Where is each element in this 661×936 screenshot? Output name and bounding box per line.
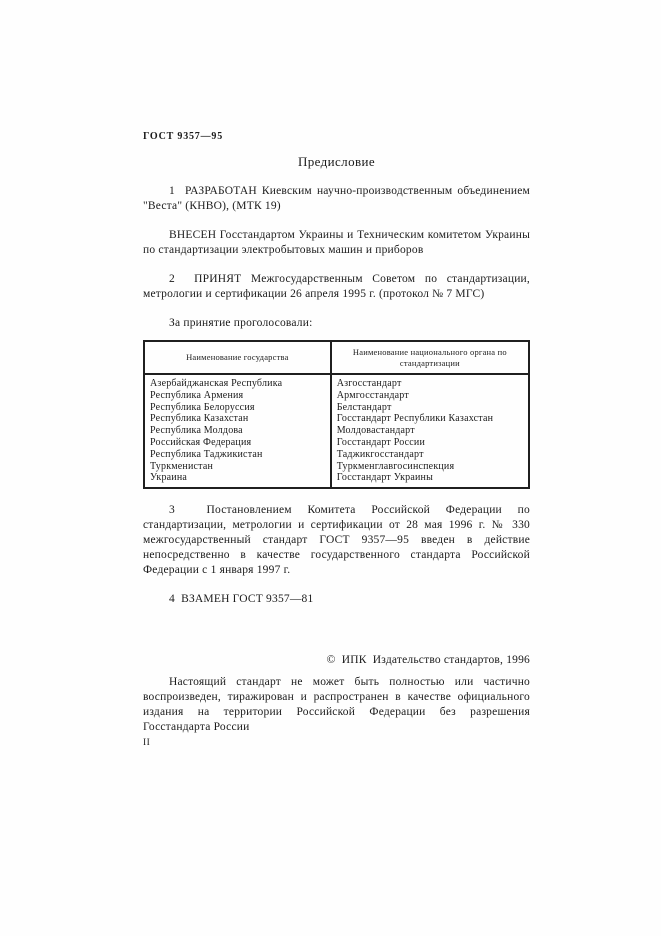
org-cell: Молдовастандарт [331,425,529,437]
table-row: Республика Молдова Молдовастандарт [144,425,529,437]
paragraph-replaces: 4 ВЗАМЕН ГОСТ 9357—81 [143,592,530,607]
column-header-state: Наименование государства [144,341,331,374]
state-cell: Азербайджанская Республика [144,374,331,390]
org-cell: Таджикгосстандарт [331,449,529,461]
state-cell: Туркменистан [144,461,331,473]
standard-designation: ГОСТ 9357—95 [143,131,530,142]
vote-table-header: Наименование государства Наименование на… [144,341,529,374]
table-row: Республика Армения Армгосстандарт [144,390,529,402]
table-row: Азербайджанская Республика Азгосстандарт [144,374,529,390]
state-cell: Республика Белоруссия [144,402,331,414]
paragraph-developed: 1 РАЗРАБОТАН Киевским научно-производств… [143,184,530,214]
vote-table: Наименование государства Наименование на… [143,340,530,489]
page-content: ГОСТ 9357—95 Предисловие 1 РАЗРАБОТАН Ки… [143,131,530,748]
state-cell: Республика Молдова [144,425,331,437]
table-row: Республика Белоруссия Белстандарт [144,402,529,414]
table-row: Республика Казахстан Госстандарт Республ… [144,413,529,425]
org-cell: Госстандарт Украины [331,472,529,488]
org-cell: Белстандарт [331,402,529,414]
state-cell: Российская Федерация [144,437,331,449]
column-header-org: Наименование национального органа по ста… [331,341,529,374]
state-cell: Республика Казахстан [144,413,331,425]
paragraph-submitted: ВНЕСЕН Госстандартом Украины и Техническ… [143,228,530,258]
page-number: II [143,738,530,748]
copyright-line: © ИПК Издательство стандартов, 1996 [143,654,530,666]
org-cell: Туркменглавгосинспекция [331,461,529,473]
vote-table-header-row: Наименование государства Наименование на… [144,341,529,374]
reproduction-notice: Настоящий стандарт не может быть полност… [143,675,530,735]
org-cell: Азгосстандарт [331,374,529,390]
paragraph-adopted: 2 ПРИНЯТ Межгосударственным Советом по с… [143,272,530,302]
state-cell: Республика Таджикистан [144,449,331,461]
org-cell: Армгосстандарт [331,390,529,402]
document-page: ГОСТ 9357—95 Предисловие 1 РАЗРАБОТАН Ки… [0,0,661,936]
paragraph-vote-intro: За принятие проголосовали: [143,316,530,331]
org-cell: Госстандарт России [331,437,529,449]
table-row: Украина Госстандарт Украины [144,472,529,488]
page-title: Предисловие [143,154,530,170]
table-row: Российская Федерация Госстандарт России [144,437,529,449]
state-cell: Республика Армения [144,390,331,402]
state-cell: Украина [144,472,331,488]
table-row: Туркменистан Туркменглавгосинспекция [144,461,529,473]
org-cell: Госстандарт Республики Казахстан [331,413,529,425]
vote-table-body: Азербайджанская Республика Азгосстандарт… [144,374,529,488]
table-row: Республика Таджикистан Таджикгосстандарт [144,449,529,461]
paragraph-enacted: 3 Постановлением Комитета Российской Фед… [143,503,530,578]
